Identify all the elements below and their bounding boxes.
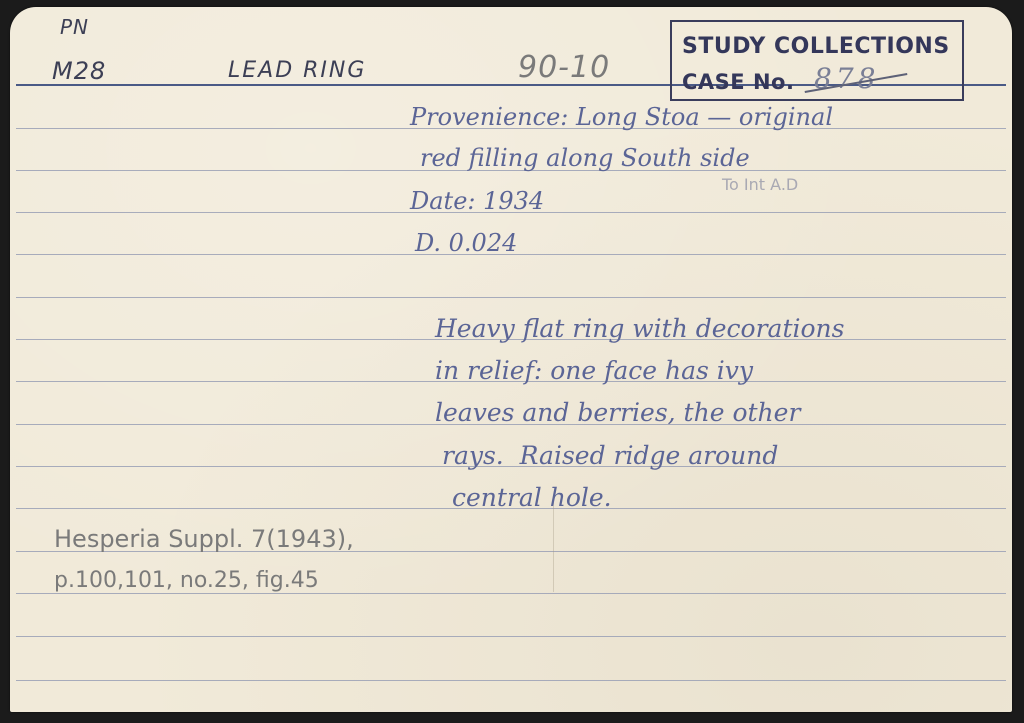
stamp-case-label: CASE No.	[682, 70, 794, 94]
description-line: Heavy flat ring with decorations	[435, 316, 845, 341]
bibliography-line: Hesperia Suppl. 7(1943),	[54, 527, 354, 551]
description-line: in relief: one face has ivy	[435, 358, 753, 383]
object-name: LEAD RING	[228, 60, 366, 82]
description-line: rays. Raised ridge around	[442, 443, 778, 468]
bibliography-line: p.100,101, no.25, fig.45	[54, 570, 319, 592]
catalog-card: PN M28 LEAD RING 90-10 STUDY COLLECTIONS…	[10, 7, 1012, 712]
section-number: 90-10	[518, 53, 610, 83]
ruled-line	[16, 636, 1006, 637]
description-line: leaves and berries, the other	[435, 400, 800, 425]
description-line: central hole.	[452, 485, 612, 510]
provenance-line-1: Provenience: Long Stoa — original	[410, 105, 833, 129]
stamp-title: STUDY COLLECTIONS	[682, 34, 950, 59]
paper-crease	[553, 502, 554, 592]
excavation-date: Date: 1934	[410, 189, 544, 213]
provenance-line-2: red filling along South side	[420, 146, 750, 170]
study-collections-stamp: STUDY COLLECTIONS CASE No. 878	[670, 20, 964, 101]
ruled-line	[16, 593, 1006, 594]
ruled-line	[16, 297, 1006, 298]
provenance-pencil-note: To Int A.D	[722, 177, 798, 193]
dimension-diameter: D. 0.024	[415, 231, 517, 255]
catalog-number: M28	[52, 59, 106, 83]
card-label-pn: PN	[60, 17, 89, 37]
ruled-line	[16, 680, 1006, 681]
